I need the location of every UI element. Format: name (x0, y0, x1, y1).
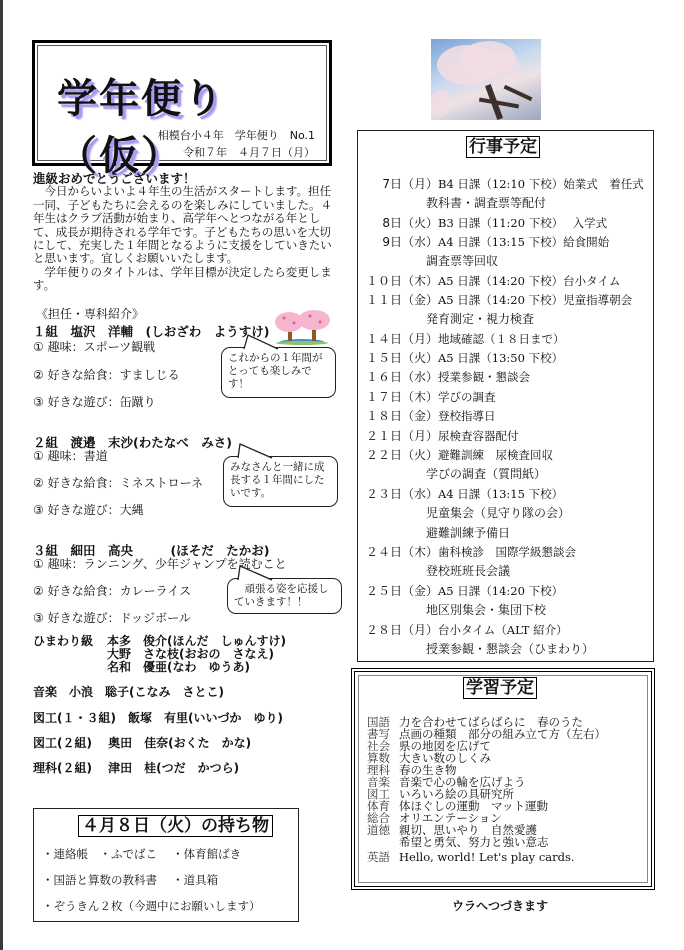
intro-paragraph: 今日からいよいよ４年生の生活がスタートします。担任一同、子どもたちに会えるのを楽… (33, 185, 338, 265)
title-box: 学年便り（仮） 相模台小４年 学年便り No.1 令和７年 ４月７日（月） (32, 40, 332, 166)
specialist-music: 音楽 小浪 聡子(こなみ さとこ) (33, 683, 224, 700)
event-row: ２３日（水）A4 日課（13:15 下校） (353, 485, 563, 502)
specialist-art-1-3: 図工(１・３組) 飯塚 有里(いいづか ゆり) (33, 709, 283, 726)
event-detail: 調査票等回収 (426, 252, 498, 269)
teacher-favorite-lunch: ② 好きな給食：ミネストローネ (33, 474, 203, 491)
class-2-speech-bubble: みなさんと一緒に成長する１年間にしたいです。 (223, 456, 338, 507)
study-row: 希望と勇気、努力と強い意志 (367, 836, 549, 848)
intro-heading: 進級おめでとうございます！ (33, 172, 338, 185)
teacher-hobby: ① 趣味：書道 (33, 447, 108, 464)
event-detail: 児童集会（見守り隊の会） (426, 504, 570, 521)
belongings-line: ・ぞうきん２枚（今週中にお願いします） (42, 898, 261, 914)
event-row: １１日（金）A5 日課（14:20 下校）児童指導朝会 (353, 291, 632, 308)
class-3-speech-bubble: 頑張る姿を応援していきます！！ (227, 578, 342, 614)
class-3-teacher: ３組 細田 高央 (ほそだ たかお) ① 趣味：ランニング、少年ジャンプを読むこ… (33, 541, 343, 559)
events-schedule-box: 行事予定 7日（月）B4 日課（12:10 下校）始業式 着任式 教科書・調査票… (357, 130, 654, 662)
belongings-line: ・国語と算数の教科書 ・道具箱 (42, 872, 218, 888)
teacher-hobby: ① 趣味：スポーツ観戦 (33, 338, 155, 355)
teacher-favorite-game: ③ 好きな遊び：ドッジボール (33, 609, 191, 626)
event-detail: 授業参観・懇談会（ひまわり） (426, 640, 594, 657)
teacher-favorite-game: ③ 好きな遊び：大縄 (33, 501, 144, 518)
page-edge (0, 0, 3, 950)
intro-section: 進級おめでとうございます！ 今日からいよいよ４年生の生活がスタートします。担任一… (33, 172, 338, 293)
class-1-speech-bubble: これからの１年間がとっても楽しみです！ (221, 347, 336, 398)
study-plan-title: 学習予定 (463, 677, 537, 699)
bubble-text: 頑張る姿を応援していきます！！ (234, 583, 329, 608)
event-detail: 教科書・調査票等配付 (426, 194, 546, 211)
belongings-title: ４月８日（火）の持ち物 (78, 815, 273, 837)
event-row: 8日（火）B3 日課（11:20 下校） 入学式 (353, 214, 607, 231)
event-detail: 発育測定・視力検査 (426, 310, 534, 327)
event-row: １６日（水）授業参観・懇談会 (353, 368, 530, 385)
event-row: １７日（木）学びの調査 (353, 388, 496, 405)
bubble-text: これからの１年間がとっても楽しみです！ (228, 352, 323, 390)
specialist-science-2: 理科(２組) 津田 桂(つだ かつら) (33, 759, 239, 776)
events-title: 行事予定 (466, 136, 540, 158)
event-row: 7日（月）B4 日課（12:10 下校）始業式 着任式 (353, 175, 644, 192)
event-row: ２８日（月）台小タイム（ALT 紹介） (353, 621, 568, 638)
event-detail: 登校班班長会議 (426, 562, 510, 579)
teacher-favorite-lunch: ② 好きな給食：すましじる (33, 366, 180, 383)
intro-title-note: 学年便りのタイトルは、学年目標が決定したら変更します。 (33, 266, 338, 293)
event-row: ２４日（木）歯科検診 国際学級懇談会 (353, 543, 576, 560)
himawari-member: 名和 優亜(なわ ゆうあ) (107, 658, 250, 675)
event-row: １５日（火）A5 日課（13:50 下校） (353, 349, 563, 366)
continue-on-back-note: ウラへつづきます (452, 897, 548, 914)
belongings-box: ４月８日（火）の持ち物 ・連絡帳 ・ふでばこ ・体育館ばき ・国語と算数の教科書… (33, 808, 299, 922)
study-row: 英語Hello, world! Let's play cards. (367, 851, 575, 863)
himawari-label: ひまわり級 (33, 632, 93, 649)
event-row: ２２日（火）避難訓練 尿検査回収 (353, 446, 553, 463)
event-row: ２１日（月）尿検査容器配付 (353, 427, 519, 444)
event-row: １８日（金）登校指導日 (353, 407, 496, 424)
teacher-favorite-lunch: ② 好きな給食：カレーライス (33, 582, 191, 599)
study-plan-box: 学習予定 国語力を合わせてばらばらに 春のうた 書写点画の種類 部分の組み立て方… (351, 668, 655, 890)
event-detail: 地区別集会・集団下校 (426, 601, 546, 618)
event-row: １０日（木）A5 日課（14:20 下校）台小タイム (353, 272, 620, 289)
bubble-text: みなさんと一緒に成長する１年間にしたいです。 (230, 461, 325, 499)
newsletter-title: 学年便り（仮） (57, 67, 329, 181)
event-detail: 学びの調査（質問紙） (426, 465, 546, 482)
cherry-blossom-photo (431, 39, 541, 120)
teachers-section-label: 《担任・専科紹介》 (36, 305, 144, 322)
event-row: １４日（月）地域確認（１８日まで） (353, 330, 565, 347)
event-row: 9日（水）A4 日課（13:15 下校）給食開始 (353, 233, 609, 250)
belongings-line: ・連絡帳 ・ふでばこ ・体育館ばき (42, 846, 241, 862)
issue-date: 令和７年 ４月７日（月） (183, 144, 315, 160)
class-2-teacher: ２組 渡邉 末沙(わたなべ みさ) ① 趣味：書道 ② 好きな給食：ミネストロー… (33, 433, 343, 451)
event-row: ２５日（金）A5 日課（14:20 下校） (353, 582, 563, 599)
teacher-favorite-game: ③ 好きな遊び：缶蹴り (33, 393, 156, 410)
event-detail: 避難訓練予備日 (426, 524, 510, 541)
school-line: 相模台小４年 学年便り No.1 (158, 127, 315, 143)
specialist-art-2: 図工(２組) 奥田 佳奈(おくた かな) (33, 734, 251, 751)
